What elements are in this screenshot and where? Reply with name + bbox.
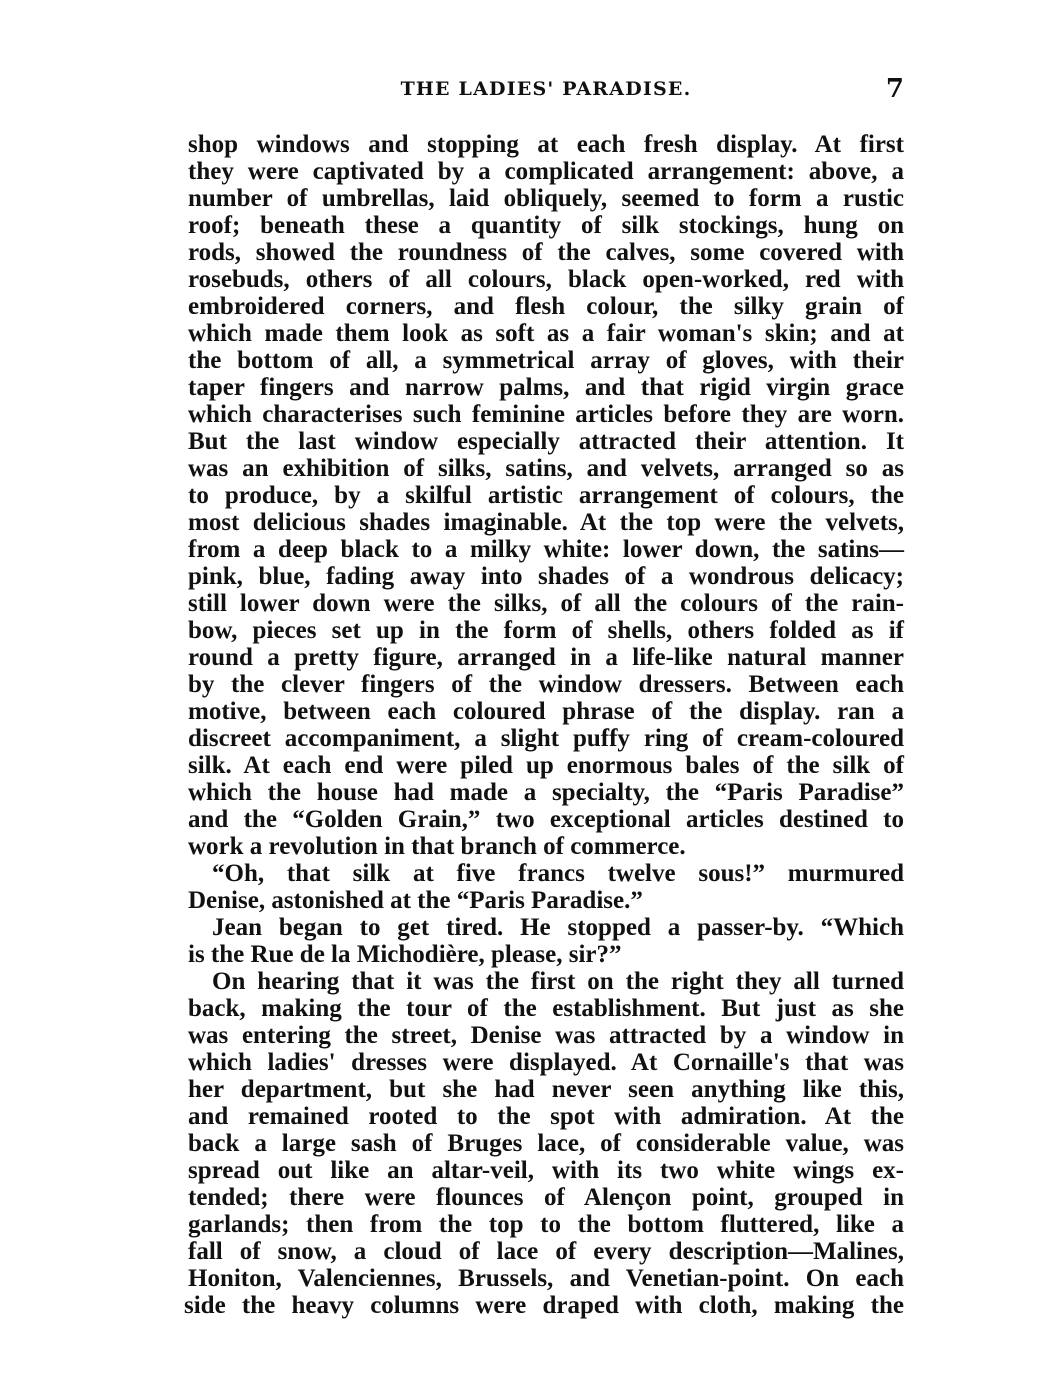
text-line: side the heavy columns were draped with … xyxy=(184,1292,904,1319)
text-line: by the clever fingers of the window dres… xyxy=(188,671,904,698)
book-page: THE LADIES' PARADISE. 7 shop windows and… xyxy=(0,0,1050,1400)
text-line: garlands; then from the top to the botto… xyxy=(188,1211,904,1238)
text-line: roof; beneath these a quantity of silk s… xyxy=(188,212,904,239)
text-line: which characterises such feminine articl… xyxy=(188,401,904,428)
text-line: most delicious shades imaginable. At the… xyxy=(188,509,904,536)
text-line: motive, between each coloured phrase of … xyxy=(188,698,904,725)
text-line: and remained rooted to the spot with adm… xyxy=(188,1103,904,1130)
text-line: back, making the tour of the establishme… xyxy=(188,995,904,1022)
text-line: Honiton, Valenciennes, Brussels, and Ven… xyxy=(188,1265,904,1292)
text-line: discreet accompaniment, a slight puffy r… xyxy=(188,725,904,752)
text-line: rods, showed the roundness of the calves… xyxy=(188,239,904,266)
text-line: shop windows and stopping at each fresh … xyxy=(188,131,904,158)
text-line: spread out like an altar-veil, with its … xyxy=(188,1157,904,1184)
text-line: back a large sash of Bruges lace, of con… xyxy=(188,1130,904,1157)
text-line: round a pretty figure, arranged in a lif… xyxy=(188,644,904,671)
text-line: which the house had made a specialty, th… xyxy=(188,779,904,806)
page-number: 7 xyxy=(886,74,904,104)
text-line: still lower down were the silks, of all … xyxy=(188,590,904,617)
text-line: tended; there were flounces of Alençon p… xyxy=(188,1184,904,1211)
paragraph-end-line: is the Rue de la Michodière, please, sir… xyxy=(188,941,904,968)
text-line: silk. At each end were piled up enormous… xyxy=(188,752,904,779)
text-line: was an exhibition of silks, satins, and … xyxy=(188,455,904,482)
text-line: and the “Golden Grain,” two exceptional … xyxy=(188,806,904,833)
text-line: to produce, by a skilful artistic arrang… xyxy=(188,482,904,509)
text-line: which made them look as soft as a fair w… xyxy=(188,320,904,347)
text-line: taper fingers and narrow palms, and that… xyxy=(188,374,904,401)
text-line: embroidered corners, and flesh colour, t… xyxy=(188,293,904,320)
paragraph-start-line: On hearing that it was the first on the … xyxy=(188,968,904,995)
text-line: fall of snow, a cloud of lace of every d… xyxy=(188,1238,904,1265)
paragraph-start-line: Jean began to get tired. He stopped a pa… xyxy=(188,914,904,941)
text-line: they were captivated by a complicated ar… xyxy=(188,158,904,185)
paragraph-end-line: Denise, astonished at the “Paris Paradis… xyxy=(188,887,904,914)
text-line: was entering the street, Denise was attr… xyxy=(188,1022,904,1049)
paragraph-start-line: “Oh, that silk at five francs twelve sou… xyxy=(188,860,904,887)
text-line: from a deep black to a milky white: lowe… xyxy=(188,536,904,563)
text-line: bow, pieces set up in the form of shells… xyxy=(188,617,904,644)
text-line: number of umbrellas, laid obliquely, see… xyxy=(188,185,904,212)
body-text: shop windows and stopping at each fresh … xyxy=(188,131,904,1319)
text-line: pink, blue, fading away into shades of a… xyxy=(188,563,904,590)
running-header: THE LADIES' PARADISE. 7 xyxy=(188,76,904,106)
text-line: the bottom of all, a symmetrical array o… xyxy=(188,347,904,374)
paragraph-end-line: work a revolution in that branch of comm… xyxy=(188,833,904,860)
text-line: rosebuds, others of all colours, black o… xyxy=(188,266,904,293)
running-title: THE LADIES' PARADISE. xyxy=(188,78,904,100)
text-line: which ladies' dresses were displayed. At… xyxy=(188,1049,904,1076)
text-line: But the last window especially attracted… xyxy=(188,428,904,455)
text-line: her department, but she had never seen a… xyxy=(188,1076,904,1103)
